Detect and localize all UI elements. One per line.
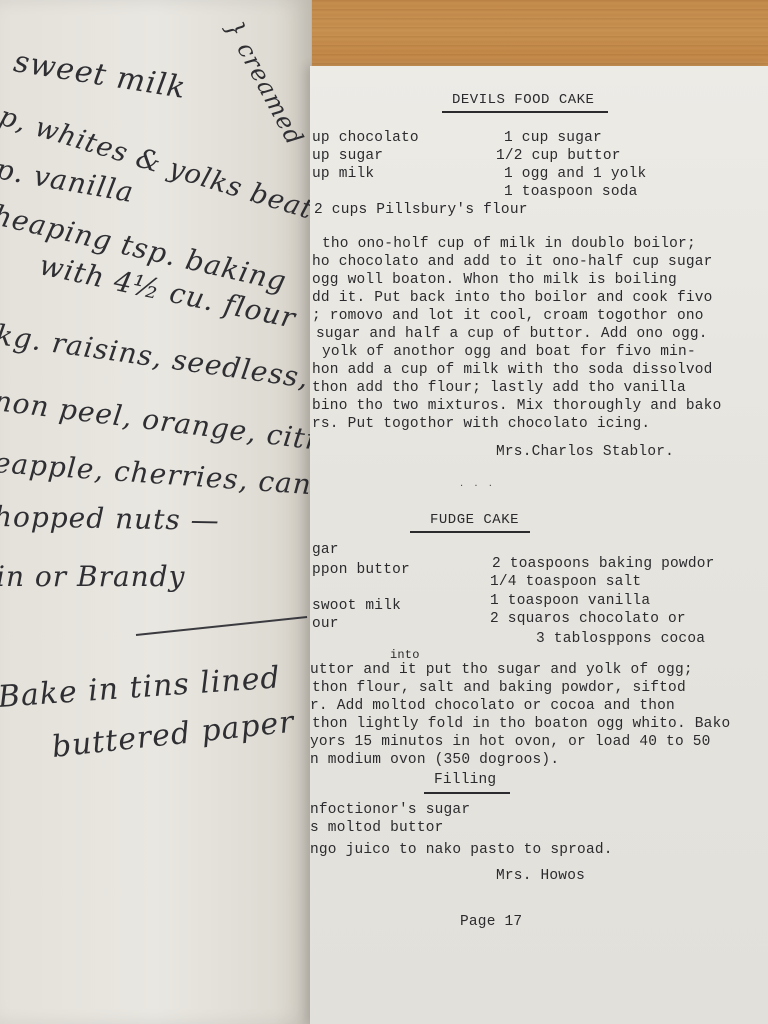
typed-recipe-page: DEVILS FOOD CAKE up chocolato up sugar u…	[310, 66, 768, 1024]
instruction-line: n modium ovon (350 dogroos).	[310, 752, 559, 768]
recipe-book-photo: } creamed sweet milk p, whites & yolks b…	[0, 0, 768, 1024]
handwritten-line: in or Brandy	[0, 560, 185, 593]
recipe-attribution: Mrs.Charlos Stablor.	[496, 444, 674, 460]
recipe-title: FUDGE CAKE	[430, 512, 519, 528]
ingredient: 1 toaspoon vanilla	[490, 593, 650, 609]
instruction-line: bino tho two mixturos. Mix thoroughly an…	[312, 398, 721, 414]
filling-line: nfoctionor's sugar	[310, 802, 470, 818]
title-underline	[442, 111, 608, 113]
recipe-title: DEVILS FOOD CAKE	[452, 92, 594, 108]
handwritten-page: } creamed sweet milk p, whites & yolks b…	[0, 0, 312, 1024]
ingredient: 1/2 cup buttor	[496, 148, 621, 164]
filling-underline	[424, 792, 510, 794]
ingredient: our	[312, 616, 339, 632]
instruction-line: ho chocolato and add to it ono-half cup …	[312, 254, 713, 270]
ingredient: up chocolato	[312, 130, 419, 146]
filling-line: ngo juico to nako pasto to sproad.	[310, 842, 613, 858]
handwritten-line: hopped nuts —	[0, 500, 220, 537]
handwritten-underline	[136, 616, 307, 636]
ingredient: up sugar	[312, 148, 383, 164]
instruction-line: thon flour, salt and baking powdor, sift…	[312, 680, 686, 696]
ingredient: 1 toaspoon soda	[504, 184, 638, 200]
ingredient: 2 toaspoons baking powdor	[492, 556, 715, 572]
title-underline	[410, 531, 530, 533]
ingredient: 2 cups Pillsbury's flour	[314, 202, 528, 218]
ingredient: gar	[312, 542, 339, 558]
ingredient: 3 tablosppons cocoa	[536, 631, 705, 647]
handwritten-line: } creamed	[220, 15, 309, 150]
instruction-line: sugar and half a cup of buttor. Add ono …	[316, 326, 708, 342]
filling-title: Filling	[434, 772, 496, 788]
recipe-attribution: Mrs. Howos	[496, 868, 585, 884]
ingredient: up milk	[312, 166, 374, 182]
handwritten-line: sweet milk	[11, 44, 188, 106]
instruction-line: r. Add moltod chocolato or cocoa and tho…	[310, 698, 675, 714]
ingredient: 2 squaros chocolato or	[490, 611, 686, 627]
ingredient: 1 ogg and 1 yolk	[504, 166, 646, 182]
handwritten-line: Bake in tins lined	[0, 660, 282, 715]
instruction-line: rs. Put togothor with chocolato icing.	[312, 416, 650, 432]
instruction-line: thon add tho flour; lastly add tho vanil…	[312, 380, 686, 396]
instruction-line: yolk of anothor ogg and boat for fivo mi…	[322, 344, 696, 360]
ingredient: swoot milk	[312, 598, 401, 614]
ingredient: 1 cup sugar	[504, 130, 602, 146]
instruction-line: ogg woll boaton. Whon tho milk is boilin…	[312, 272, 677, 288]
ingredient: 1/4 toaspoon salt	[490, 574, 641, 590]
instruction-line: ; romovo and lot it cool, croam togothor…	[312, 308, 704, 324]
instruction-line: thon lightly fold in tho boaton ogg whit…	[312, 716, 730, 732]
instruction-line: hon add a cup of milk with tho soda diss…	[312, 362, 713, 378]
handwritten-insertion: into	[390, 648, 420, 662]
instruction-line: tho ono-holf cup of milk in doublo boilo…	[322, 236, 696, 252]
instruction-line: uttor and it put tho sugar and yolk of o…	[310, 662, 693, 678]
ingredient: ppon buttor	[312, 562, 410, 578]
handwritten-line: buttered paper	[50, 705, 296, 765]
filling-line: s moltod buttor	[310, 820, 444, 836]
ink-specks: . . .	[460, 478, 496, 489]
handwritten-line: eapple, cherries, cand	[0, 446, 332, 502]
instruction-line: yors 15 minutos in hot ovon, or load 40 …	[310, 734, 711, 750]
page-number: Page 17	[460, 914, 522, 930]
instruction-line: dd it. Put back into tho boilor and cook…	[312, 290, 713, 306]
